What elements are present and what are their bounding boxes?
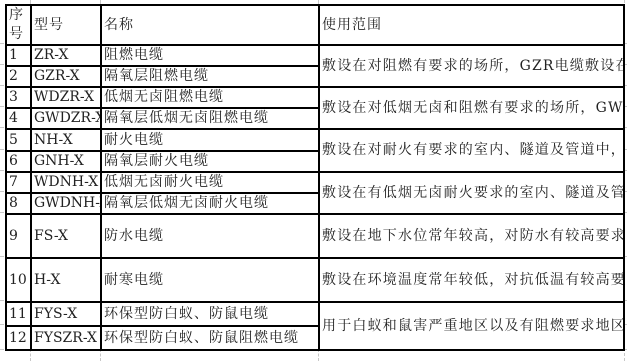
row-usage: 敷设在环境温度常年较低，对抗低温有较高要求的地区 — [319, 258, 624, 302]
row-index: 12 — [6, 326, 31, 350]
row-name: 环保型防白蚁、防鼠阻燃电缆 — [101, 326, 319, 350]
row-name: 隔氧层耐火电缆 — [101, 151, 319, 172]
header-name: 名称 — [101, 5, 319, 45]
row-name: 耐火电缆 — [101, 129, 319, 151]
row-usage: 用于白蚁和鼠害严重地区以及有阻燃要求地区的电力电缆、控制电缆 — [319, 302, 624, 350]
table-row: 1 ZR-X 阻燃电缆 敷设在对阻燃有要求的场所，GZR电缆敷设在阻燃要求特别高… — [6, 45, 624, 66]
table-row: 10 H-X 耐寒电缆 敷设在环境温度常年较低，对抗低温有较高要求的地区 — [6, 258, 624, 302]
row-index: 9 — [6, 214, 31, 258]
row-model: GNH-X — [31, 151, 101, 172]
row-name: 耐寒电缆 — [101, 258, 319, 302]
row-name: 隔氧层低烟无卤耐火电缆 — [101, 193, 319, 214]
row-index: 3 — [6, 87, 31, 108]
table-row: 3 WDZR-X 低烟无卤阻燃电缆 敷设在对低烟无卤和阻燃有要求的场所，GWDZ… — [6, 87, 624, 108]
row-model: NH-X — [31, 129, 101, 151]
row-model: WDZR-X — [31, 87, 101, 108]
row-name: 阻燃电缆 — [101, 45, 319, 66]
row-model: H-X — [31, 258, 101, 302]
table-row: 7 WDNH-X 低烟无卤耐火电缆 敷设在有低烟无卤耐火要求的室内、隧道及管道中… — [6, 172, 624, 193]
header-index: 序 号 — [6, 5, 31, 45]
row-model: GWDNH-X — [31, 193, 101, 214]
row-index: 11 — [6, 302, 31, 326]
row-index: 6 — [6, 151, 31, 172]
row-model: ZR-X — [31, 45, 101, 66]
header-row: 序 号 型号 名称 使用范围 — [6, 5, 624, 45]
row-model: GWDZR-X — [31, 108, 101, 129]
row-name: 环保型防白蚁、防鼠电缆 — [101, 302, 319, 326]
table-row: 11 FYS-X 环保型防白蚁、防鼠电缆 用于白蚁和鼠害严重地区以及有阻燃要求地… — [6, 302, 624, 326]
header-model: 型号 — [31, 5, 101, 45]
row-index: 8 — [6, 193, 31, 214]
row-name: 隔氧层低烟无卤阻燃电缆 — [101, 108, 319, 129]
row-usage: 敷设在地下水位常年较高，对防水有较高要求的地区 — [319, 214, 624, 258]
header-usage: 使用范围 — [319, 5, 624, 45]
row-index: 5 — [6, 129, 31, 151]
row-name: 防水电缆 — [101, 214, 319, 258]
table-row: 9 FS-X 防水电缆 敷设在地下水位常年较高，对防水有较高要求的地区 — [6, 214, 624, 258]
header-index-line1: 序 — [9, 6, 28, 25]
row-usage: 敷设在对耐火有要求的室内、隧道及管道中，GNH电缆除耐火外要求高阻燃的场所 — [319, 129, 624, 172]
row-name: 低烟无卤耐火电缆 — [101, 172, 319, 193]
row-index: 10 — [6, 258, 31, 302]
cable-type-table: 序 号 型号 名称 使用范围 1 ZR-X 阻燃电缆 敷设在对阻燃有要求的场所，… — [5, 4, 625, 351]
table-row: 5 NH-X 耐火电缆 敷设在对耐火有要求的室内、隧道及管道中，GNH电缆除耐火… — [6, 129, 624, 151]
row-index: 4 — [6, 108, 31, 129]
row-usage: 敷设在有低烟无卤耐火要求的室内、隧道及管道中，GWDNH 电缆除低烟无卤耐火特 — [319, 172, 624, 214]
row-index: 7 — [6, 172, 31, 193]
row-name: 低烟无卤阻燃电缆 — [101, 87, 319, 108]
header-index-line2: 号 — [9, 25, 28, 44]
row-model: FS-X — [31, 214, 101, 258]
row-model: FYSZR-X — [31, 326, 101, 350]
row-index: 2 — [6, 66, 31, 87]
row-model: FYS-X — [31, 302, 101, 326]
row-usage: 敷设在对阻燃有要求的场所，GZR电缆敷设在阻燃要求特别高的场所 — [319, 45, 624, 87]
row-model: GZR-X — [31, 66, 101, 87]
row-name: 隔氧层阻燃电缆 — [101, 66, 319, 87]
row-usage: 敷设在对低烟无卤和阻燃有要求的场所，GWDZR电缆敷设在要求低烟无卤阻燃性能特 — [319, 87, 624, 129]
row-index: 1 — [6, 45, 31, 66]
row-model: WDNH-X — [31, 172, 101, 193]
